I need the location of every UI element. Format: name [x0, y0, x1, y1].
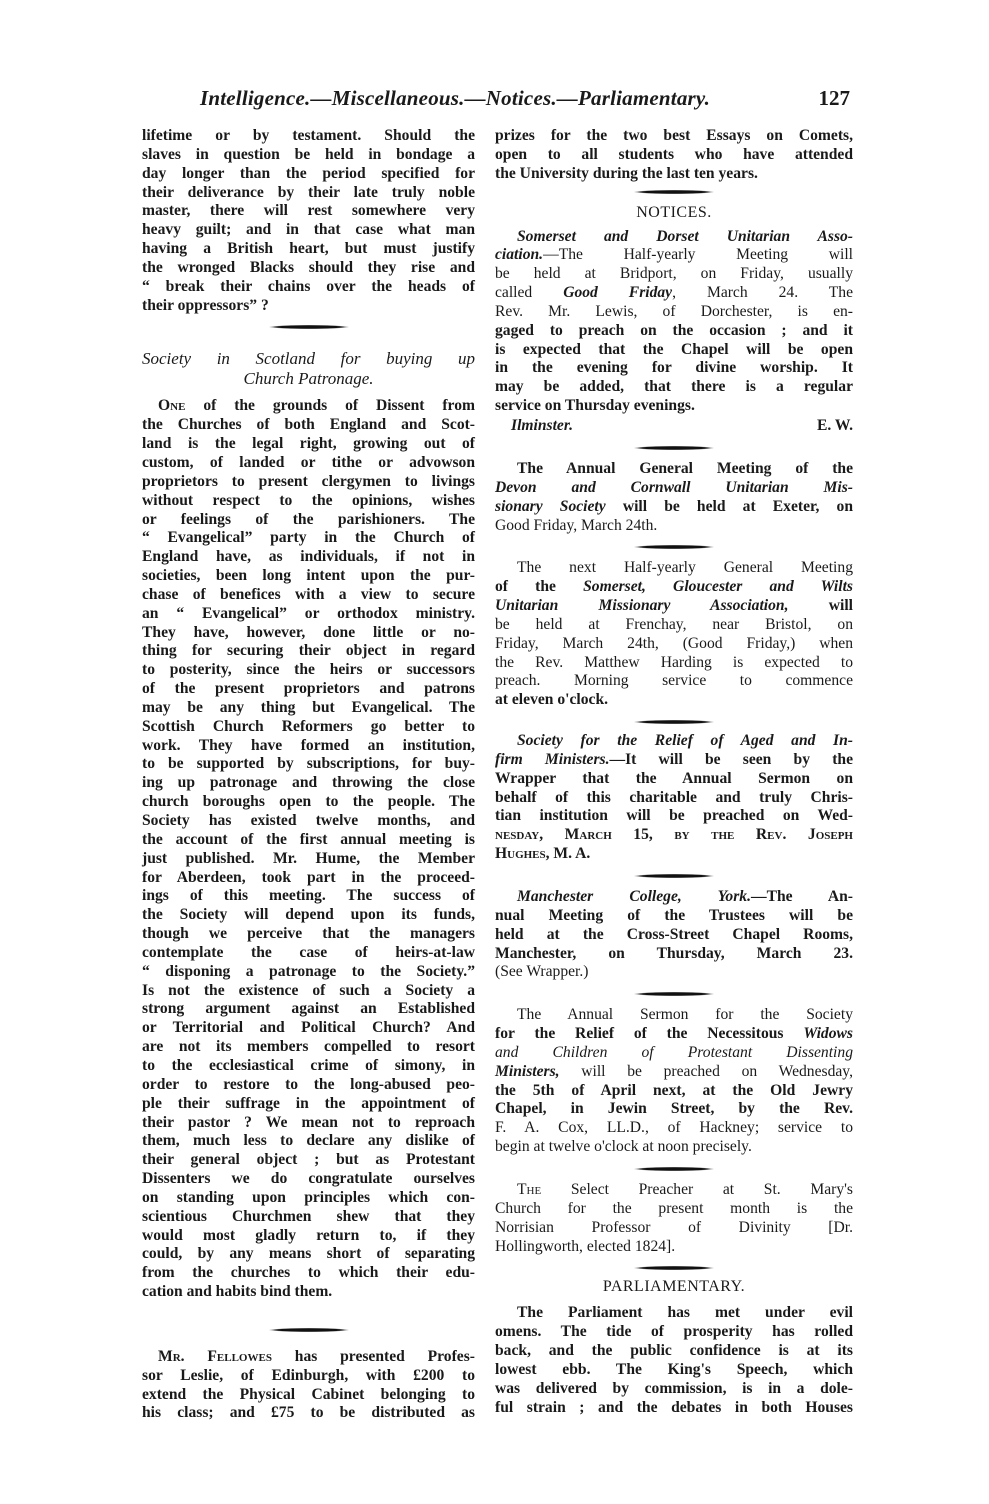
text-line: Unitarian Missionary Association, will: [495, 597, 853, 616]
text-line: “ break their chains over the heads of: [142, 278, 475, 297]
text-line: Dissenters we do congratulate ourselves: [142, 1170, 475, 1189]
text-line: Norrisian Professor of Divinity [Dr.: [495, 1219, 853, 1238]
text-line: Rev. Mr. Lewis, of Dorchester, is en-: [495, 303, 853, 322]
text-line: Good Friday, March 24th.: [495, 517, 853, 536]
text-line: an “ Evangelical” or orthodox ministry.: [142, 605, 475, 624]
text-line: heavy guilt; and in that case what man: [142, 221, 475, 240]
text-line: ful strain ; and the debates in both Hou…: [495, 1399, 853, 1418]
text-line: Wrapper that the Annual Sermon on: [495, 770, 853, 789]
text-line: to be supported by subscriptions, for bu…: [142, 755, 475, 774]
text-line: extend the Physical Cabinet belonging to: [142, 1386, 475, 1405]
text-line: slaves in question be held in bondage a: [142, 146, 475, 165]
text-line: from the churches to which their edu-: [142, 1264, 475, 1283]
text-line: Manchester College, York.—The An-: [495, 888, 853, 907]
text-line: or Territorial and Political Church? And: [142, 1019, 475, 1038]
text-line: The Select Preacher at St. Mary's: [495, 1181, 853, 1200]
text-line: England have, as individuals, if not in: [142, 548, 475, 567]
text-line: Society has existed twelve months, and: [142, 812, 475, 831]
text-line: Friday, March 24th, (Good Friday,) when: [495, 635, 853, 654]
signature-row: Ilminster. E. W.: [495, 416, 853, 436]
text-line: for Aberdeen, took part in the proceed-: [142, 869, 475, 888]
text-line: sionary Society will be held at Exeter, …: [495, 498, 853, 517]
text-line: gaged to preach on the occasion ; and it: [495, 322, 853, 341]
text-line: contemplate the case of heirs-at-law: [142, 944, 475, 963]
text-line: Ministers, will be preached on Wednesday…: [495, 1063, 853, 1082]
notice-select-preacher: The Select Preacher at St. Mary's Church…: [495, 1181, 853, 1256]
text-line: proprietors to present clergymen to livi…: [142, 473, 475, 492]
text-line: the Society will depend upon its funds,: [142, 906, 475, 925]
text-line: the 5th of April next, at the Old Jewry: [495, 1082, 853, 1101]
text-line: was delivered by commission, is in a dol…: [495, 1380, 853, 1399]
text-line: nual Meeting of the Trustees will be: [495, 907, 853, 926]
article-title-line2: Church Patronage.: [142, 369, 475, 389]
text-line: One of the grounds of Dissent from: [142, 397, 475, 416]
text-line: or feelings of the parishioners. The: [142, 511, 475, 530]
text-line: would most gladly return to, if they: [142, 1227, 475, 1246]
text-line: the wronged Blacks should they rise and: [142, 259, 475, 278]
notice-manchester-college: Manchester College, York.—The An- nual M…: [495, 888, 853, 982]
running-header: Intelligence.—Miscellaneous.—Notices.—Pa…: [200, 86, 850, 116]
text-line: his class; and £75 to be distributed as: [142, 1404, 475, 1423]
text-line: Manchester, on Thursday, March 23.: [495, 945, 853, 964]
text-line: their pastor ? We mean not to reproach: [142, 1114, 475, 1133]
notice-aged-ministers: Society for the Relief of Aged and In- f…: [495, 732, 853, 864]
text-line: Hollingworth, elected 1824].: [495, 1238, 853, 1257]
text-line: to the ecclesiastical crime of simony, i…: [142, 1057, 475, 1076]
text-line: The next Half-yearly General Meeting: [495, 559, 853, 578]
text-line: order to restore to the long-abused peo-: [142, 1076, 475, 1095]
text-line: Is not the existence of such a Society a: [142, 982, 475, 1001]
text-line: just published. Mr. Hume, the Member: [142, 850, 475, 869]
text-line: their oppressors” ?: [142, 297, 475, 316]
text-line: F. A. Cox, LL.D., of Hackney; service to: [495, 1119, 853, 1138]
text-line: Mr. Fellowes has presented Profes-: [142, 1348, 475, 1367]
text-line: strong argument against an Established: [142, 1000, 475, 1019]
text-line: the Churches of both England and Scot-: [142, 416, 475, 435]
text-line: prizes for the two best Essays on Comets…: [495, 127, 853, 146]
text-line: of the Somerset, Gloucester and Wilts: [495, 578, 853, 597]
text-line: having a British heart, but must justify: [142, 240, 475, 259]
right-column: prizes for the two best Essays on Comets…: [495, 127, 853, 1417]
notice-title: Somerset and Dorset Unitarian Asso-: [495, 228, 853, 247]
text-line: could, by any means short of separating: [142, 1245, 475, 1264]
running-title: Intelligence.—Miscellaneous.—Notices.—Pa…: [200, 86, 710, 111]
text-line: Scottish Church Reformers go better to: [142, 718, 475, 737]
text-line: societies, been long intent upon the pur…: [142, 567, 475, 586]
text-line: be held at Bridport, on Friday, usually: [495, 265, 853, 284]
text-line: chase of benefices with a view to secure: [142, 586, 475, 605]
text-line: called Good Friday, March 24. The: [495, 284, 853, 303]
notice-devon-cornwall: The Annual General Meeting of the Devon …: [495, 460, 853, 535]
text-line: “ Evangelical” party in the Church of: [142, 529, 475, 548]
text-line: The Parliament has met under evil: [495, 1304, 853, 1323]
text-line: Church for the present month is the: [495, 1200, 853, 1219]
text-line: them, much less to declare any dislike o…: [142, 1132, 475, 1151]
text-line: lifetime or by testament. Should the: [142, 127, 475, 146]
text-line: firm Ministers.—It will be seen by the: [495, 751, 853, 770]
text-line: The Annual Sermon for the Society: [495, 1006, 853, 1025]
text-line: are not its members compelled to resort: [142, 1038, 475, 1057]
text-line: at eleven o'clock.: [495, 691, 853, 710]
slavery-continuation: lifetime or by testament. Should the sla…: [142, 127, 475, 315]
text-line: of the present proprietors and patrons: [142, 680, 475, 699]
signature: E. W.: [817, 416, 853, 436]
text-line: ple their suffrage in the appointment of: [142, 1095, 475, 1114]
text-line: and Children of Protestant Dissenting: [495, 1044, 853, 1063]
parliamentary-article: The Parliament has met under evil omens.…: [495, 1304, 853, 1417]
text-line: nesday, March 15, by the Rev. Joseph: [495, 826, 853, 845]
text-line: in the evening for divine worship. It: [495, 359, 853, 378]
notice-gloucester-wilts: The next Half-yearly General Meeting of …: [495, 559, 853, 710]
text-line: may be any thing but Evangelical. The: [142, 699, 475, 718]
lead-word: One: [158, 397, 185, 414]
text-line: Devon and Cornwall Unitarian Mis-: [495, 479, 853, 498]
text-line: custom, of landed or tithe or advowson: [142, 454, 475, 473]
fellowes-article: Mr. Fellowes has presented Profes- sor L…: [142, 1348, 475, 1423]
text-line: cation and habits bind them.: [142, 1283, 475, 1302]
text-line: scientious Churchmen shew that they: [142, 1208, 475, 1227]
text-line: sor Leslie, of Edinburgh, with £200 to: [142, 1367, 475, 1386]
text-line: held at the Cross-Street Chapel Rooms,: [495, 926, 853, 945]
notices-heading: NOTICES.: [495, 202, 853, 224]
text-line: lowest ebb. The King's Speech, which: [495, 1361, 853, 1380]
text-line: They have, however, done little or no-: [142, 624, 475, 643]
lead-word: Mr. Fellowes: [158, 1348, 272, 1365]
notice-widows-children: The Annual Sermon for the Society for th…: [495, 1006, 853, 1157]
text-line: tian institution will be preached on Wed…: [495, 807, 853, 826]
text-line: is expected that the Chapel will be open: [495, 341, 853, 360]
text-line: the University during the last ten years…: [495, 165, 853, 184]
place-name: Ilminster.: [511, 416, 573, 436]
comets-continuation: prizes for the two best Essays on Comets…: [495, 127, 853, 184]
text-line: omens. The tide of prosperity has rolled: [495, 1323, 853, 1342]
text-line: Chapel, in Jewin Street, by the Rev.: [495, 1100, 853, 1119]
text-line: open to all students who have attended: [495, 146, 853, 165]
text-line: though we perceive that the managers: [142, 925, 475, 944]
text-line: back, and the public confidence is at it…: [495, 1342, 853, 1361]
text-line: for the Relief of the Necessitous Widows: [495, 1025, 853, 1044]
text-line: begin at twelve o'clock at noon precisel…: [495, 1138, 853, 1157]
text-line: preach. Morning service to commence: [495, 672, 853, 691]
text-line: ing up patronage and throwing the close: [142, 774, 475, 793]
parliamentary-heading: PARLIAMENTARY.: [495, 1276, 853, 1298]
text-line: church boroughs open to the people. The: [142, 793, 475, 812]
text-line: master, there will rest somewhere very: [142, 202, 475, 221]
text-line: without respect to the opinions, wishes: [142, 492, 475, 511]
text-line: the Rev. Matthew Harding is expected to: [495, 654, 853, 673]
text-line: (See Wrapper.): [495, 963, 853, 982]
text-line: day longer than the period specified for: [142, 165, 475, 184]
text-line: be held at Frenchay, near Bristol, on: [495, 616, 853, 635]
text-line: The Annual General Meeting of the: [495, 460, 853, 479]
notice-title: Society for the Relief of Aged and In-: [495, 732, 853, 751]
text-line: work. They have formed an institution,: [142, 737, 475, 756]
text-line: thing for securing their object in regar…: [142, 642, 475, 661]
text-line: land is the legal right, growing out of: [142, 435, 475, 454]
text-line: on standing upon principles which con-: [142, 1189, 475, 1208]
scotland-article: Society in Scotland for buying up Church…: [142, 349, 475, 1302]
lead-word: The: [517, 1181, 541, 1198]
notice-somerset-dorset: Somerset and Dorset Unitarian Asso- ciat…: [495, 228, 853, 436]
text-line: “ disponing a patronage to the Society.”: [142, 963, 475, 982]
text-line: their deliverance by their late truly no…: [142, 184, 475, 203]
text-line: their general object ; but as Protestant: [142, 1151, 475, 1170]
text-line: Hughes, M. A.: [495, 845, 853, 864]
text-line: to posterity, since the heirs or success…: [142, 661, 475, 680]
text-line: ciation.—The Half-yearly Meeting will: [495, 246, 853, 265]
text-line: behalf of this charitable and truly Chri…: [495, 789, 853, 808]
text-line: may be added, that there is a regular: [495, 378, 853, 397]
left-column: lifetime or by testament. Should the sla…: [142, 127, 475, 1423]
article-title: Society in Scotland for buying up: [142, 349, 475, 369]
text-line: service on Thursday evenings.: [495, 397, 853, 416]
page-number: 127: [819, 86, 851, 111]
text-line: ings of this meeting. The success of: [142, 887, 475, 906]
text-line: the account of the first annual meeting …: [142, 831, 475, 850]
